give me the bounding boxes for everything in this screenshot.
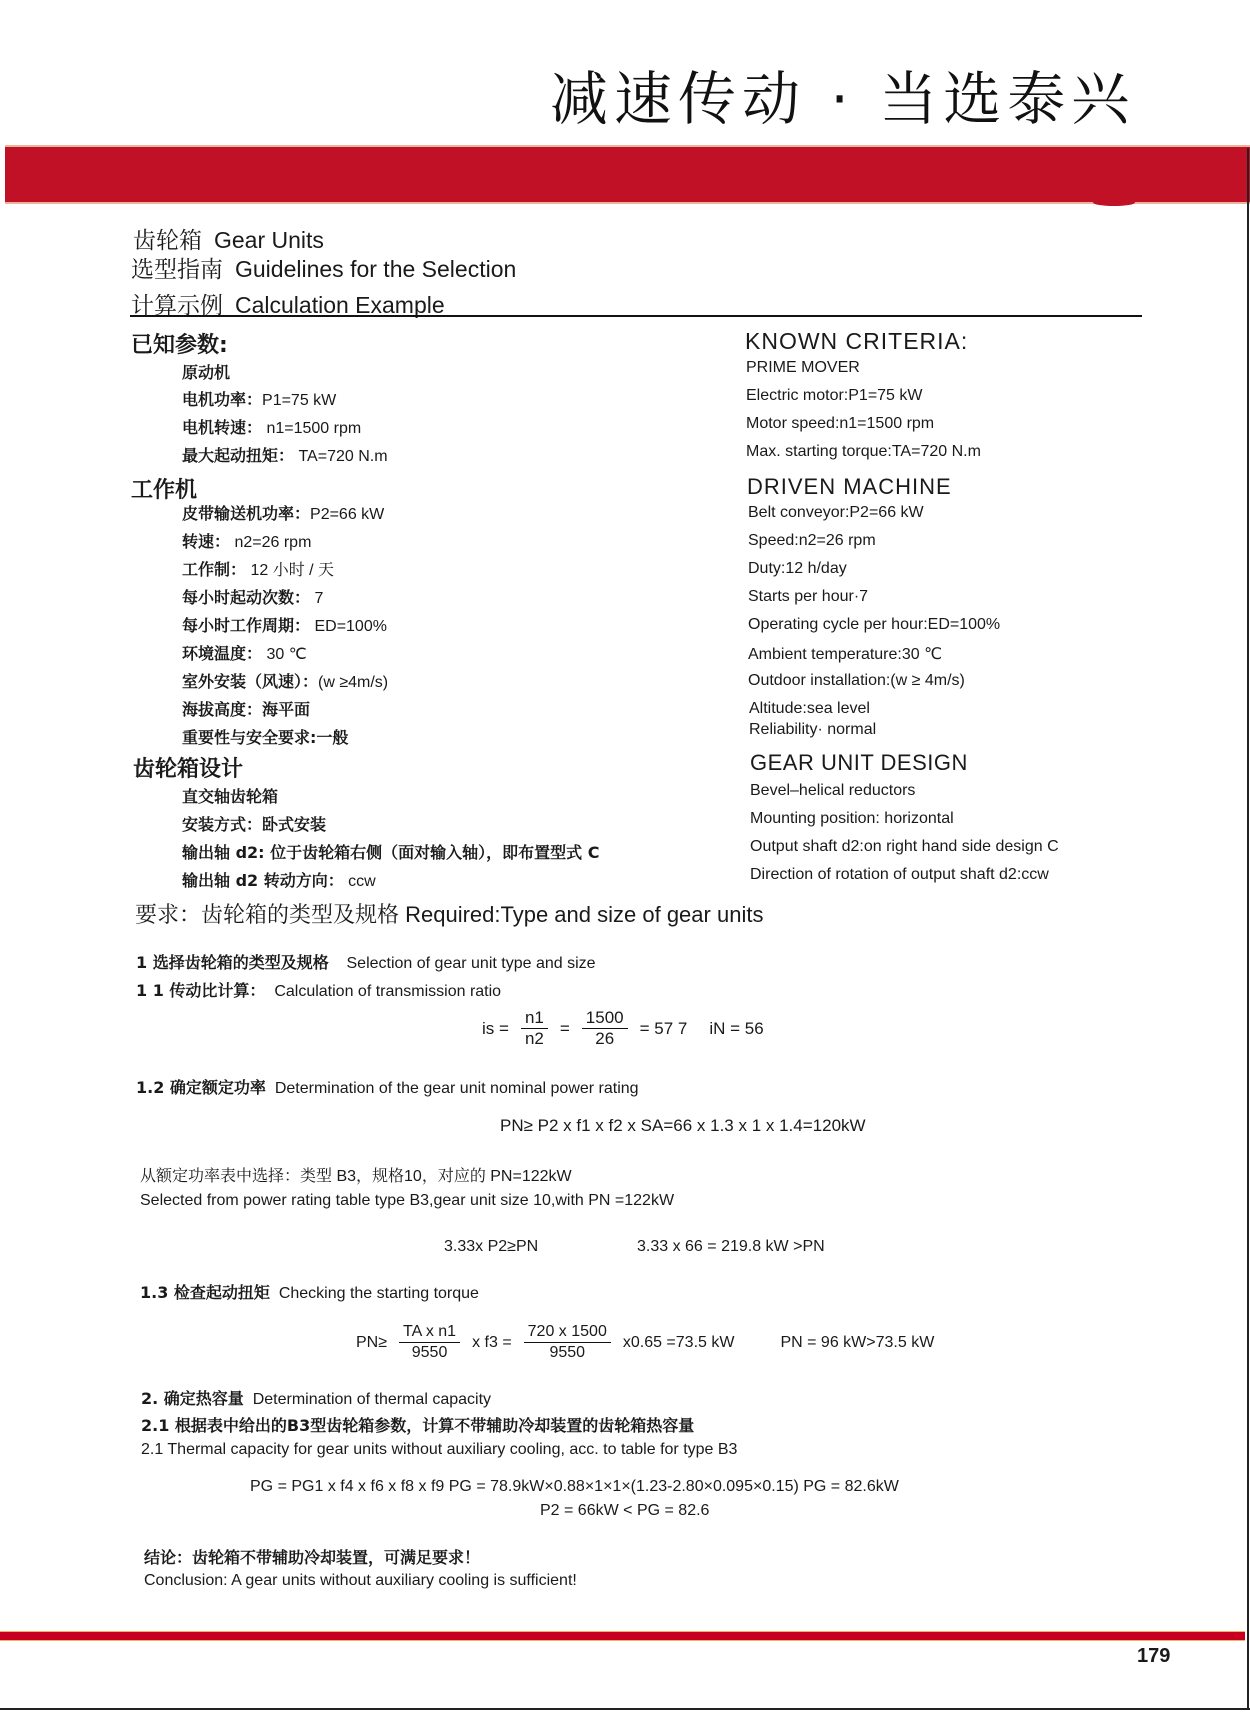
header-slogan: 减速传动 · 当选泰兴 (550, 52, 1135, 136)
prime-mover-item-en: Motor speed:n1=1500 rpm (746, 415, 934, 433)
driven-machine-item: 每小时工作周期： ED=100% (182, 613, 387, 636)
step2-1-cn: 2.1 根据表中给出的B3型齿轮箱参数，计算不带辅助冷却装置的齿轮箱热容量 (141, 1413, 694, 1436)
thermal-formula-line2: P2 = 66kW < PG = 82.6 (540, 1502, 709, 1520)
driven-machine-item-en: Ambient temperature:30 ℃ (748, 644, 942, 664)
driven-machine-title-cn: 工作机 (131, 473, 197, 504)
driven-machine-item: 工作制： 12 小时 / 天 (182, 557, 334, 580)
required-heading: 要求：齿轮箱的类型及规格 Required:Type and size of g… (135, 898, 763, 929)
title-en: Gear Units (214, 227, 324, 253)
prime-mover-item-en: Max. starting torque:TA=720 N.m (746, 443, 981, 461)
driven-machine-item-en: Operating cycle per hour:ED=100% (748, 616, 1000, 634)
footer-red-rule (0, 1631, 1245, 1641)
selection-en: Selected from power rating table type B3… (140, 1192, 674, 1210)
gear-design-item-en: Bevel–helical reductors (750, 782, 915, 800)
fraction: TA x n19550 (399, 1322, 460, 1363)
driven-machine-item-en: Altitude:sea level (749, 700, 870, 718)
known-heading-en: KNOWN CRITERIA: (745, 328, 968, 355)
driven-machine-item-en: Belt conveyor:P2=66 kW (748, 504, 924, 522)
conclusion-cn: 结论：齿轮箱不带辅助冷却装置，可满足要求！ (144, 1545, 480, 1568)
prime-mover-item: 电机转速： n1=1500 rpm (182, 415, 361, 438)
selection-cn: 从额定功率表中选择：类型 B3，规格10，对应的 PN=122kW (140, 1163, 572, 1186)
conclusion-en: Conclusion: A gear units without auxilia… (144, 1572, 577, 1590)
check-formula-right: 3.33 x 66 = 219.8 kW >PN (637, 1238, 825, 1256)
driven-machine-title-en: DRIVEN MACHINE (747, 474, 952, 500)
step2-title: 2. 确定热容量 Determination of thermal capaci… (141, 1386, 491, 1409)
driven-machine-item: 海拔高度：海平面 (182, 697, 310, 720)
prime-mover-item-en: Electric motor:P1=75 kW (746, 387, 923, 405)
gear-design-item: 安装方式：卧式安装 (182, 812, 326, 835)
fraction: 150026 (582, 1008, 628, 1049)
step1-2-title: 1.2 确定额定功率 Determination of the gear uni… (136, 1075, 639, 1098)
ratio-formula: is = n1n2 = 150026 = 57 7 iN = 56 (482, 1008, 764, 1049)
driven-machine-item: 环境温度： 30 ℃ (182, 641, 307, 664)
thermal-formula-line1: PG = PG1 x f4 x f6 x f8 x f9 PG = 78.9kW… (250, 1478, 899, 1496)
check-formula-left: 3.33x P2≥PN (444, 1238, 538, 1256)
gear-design-item-en: Mounting position: horizontal (750, 810, 954, 828)
gear-unit-design-title-en: GEAR UNIT DESIGN (750, 750, 968, 776)
gear-unit-design-title-cn: 齿轮箱设计 (133, 752, 243, 783)
title-cn: 选型指南 (131, 256, 223, 282)
page-right-border (1247, 148, 1249, 1708)
gear-design-item: 输出轴 d2: 位于齿轮箱右侧（面对输入轴），即布置型式 C (182, 840, 599, 863)
known-heading-cn: 已知参数: (131, 328, 228, 359)
driven-machine-item-en: Outdoor installation:(w ≥ 4m/s) (748, 672, 965, 690)
step1-title: 1 选择齿轮箱的类型及规格 Selection of gear unit typ… (136, 950, 596, 973)
prime-mover-item: 最大起动扭矩： TA=720 N.m (182, 443, 388, 466)
driven-machine-item: 转速： n2=26 rpm (182, 529, 311, 552)
banner-tab-decoration (1093, 199, 1135, 206)
driven-machine-item-en: Duty:12 h/day (748, 560, 847, 578)
driven-machine-item: 皮带输送机功率：P2=66 kW (182, 501, 384, 524)
title-cn: 齿轮箱 (133, 227, 202, 253)
gear-design-item-en: Direction of rotation of output shaft d2… (750, 866, 1049, 884)
step2-1-en: 2.1 Thermal capacity for gear units with… (141, 1441, 737, 1459)
page-number: 179 (1137, 1645, 1170, 1668)
power-formula: PN≥ P2 x f1 x f2 x SA=66 x 1.3 x 1 x 1.4… (500, 1116, 866, 1136)
title-en: Guidelines for the Selection (235, 256, 516, 282)
driven-machine-item-en: Speed:n2=26 rpm (748, 532, 876, 550)
page-bottom-border (0, 1708, 1250, 1710)
gear-design-item: 输出轴 d2 转动方向： ccw (182, 868, 376, 891)
heading-divider (130, 315, 1142, 317)
prime-mover-title-cn: 原动机 (182, 360, 230, 383)
fraction: n1n2 (521, 1008, 548, 1049)
driven-machine-item-en: Reliability· normal (749, 721, 876, 739)
header-red-banner (5, 145, 1250, 204)
gear-design-item-en: Output shaft d2:on right hand side desig… (750, 838, 1059, 856)
fraction: 720 x 15009550 (524, 1322, 611, 1363)
torque-formula: PN≥ TA x n19550 x f3 = 720 x 15009550 x0… (356, 1322, 934, 1363)
driven-machine-item: 重要性与安全要求:一般 (182, 725, 348, 748)
driven-machine-item: 每小时起动次数： 7 (182, 585, 323, 608)
driven-machine-item-en: Starts per hour·7 (748, 588, 868, 606)
step1-3-title: 1.3 检查起动扭矩 Checking the starting torque (140, 1280, 479, 1303)
prime-mover-item: 电机功率：P1=75 kW (182, 387, 336, 410)
driven-machine-item: 室外安装（风速）：(w ≥4m/s) (182, 669, 388, 692)
title-guidelines: 选型指南Guidelines for the Selection (131, 251, 516, 284)
prime-mover-title-en: PRIME MOVER (746, 359, 860, 377)
step1-1-title: 1 1 传动比计算： Calculation of transmission r… (136, 978, 501, 1001)
gear-design-item: 直交轴齿轮箱 (182, 784, 278, 807)
